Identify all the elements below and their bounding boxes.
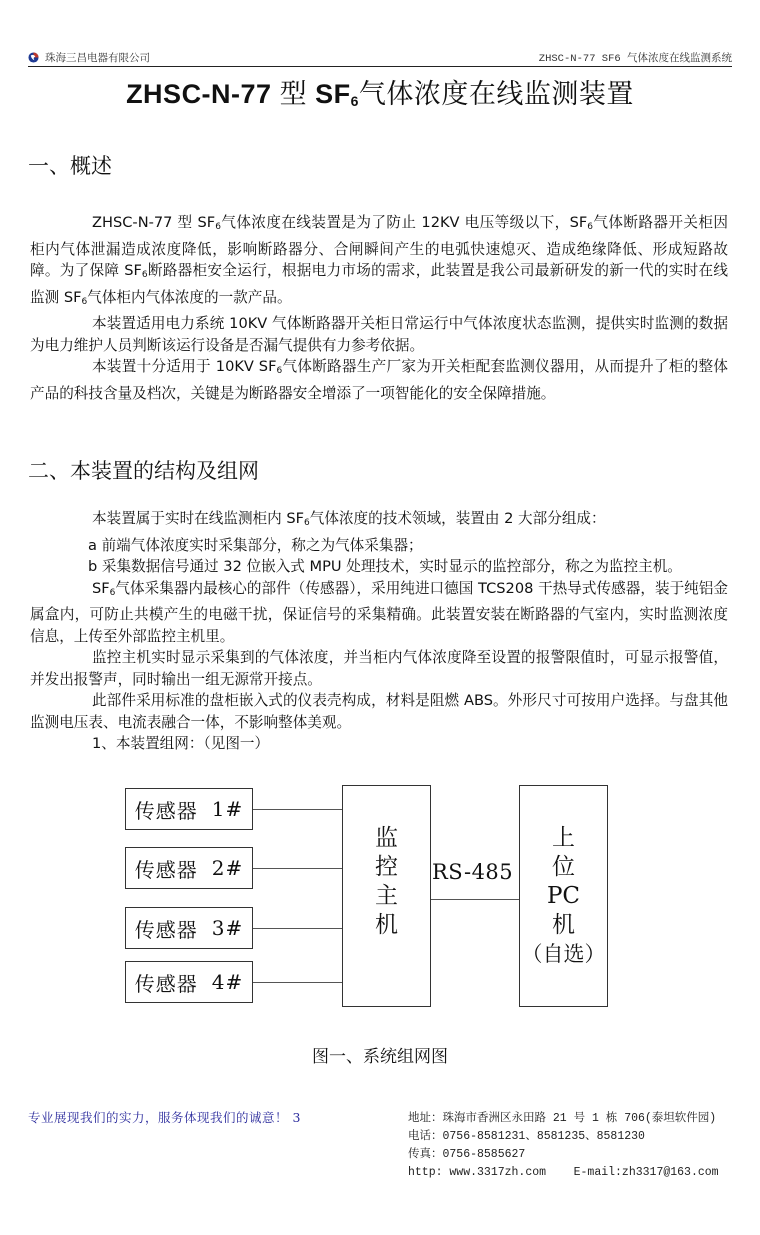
sensor-2-link <box>253 868 342 869</box>
section1-heading: 一、概述 <box>28 150 112 180</box>
contact-web-email: http: www.3317zh.com E-mail:zh3317@163.c… <box>408 1164 719 1182</box>
title-model: ZHSC-N-77 <box>126 79 272 109</box>
title-type: 型 <box>280 79 308 110</box>
contact-address: 地址：珠海市香洲区永田路 21 号 1 栋 706(泰坦软件园) <box>408 1110 719 1128</box>
title-rest: 气体浓度在线监测装置 <box>359 79 634 110</box>
overview-paragraph-3: 本装置十分适用于 10KV SF6气体断路器生产厂家为开关柜配套监测仪器用，从而… <box>30 356 728 404</box>
sensor-3-link <box>253 928 342 929</box>
company-header: 珠海三昌电器有限公司 <box>28 50 150 65</box>
case-paragraph: 此部件采用标准的盘柜嵌入式的仪表壳构成，材料是阻燃 ABS。外形尺寸可按用户选择… <box>30 690 728 733</box>
title-sub6: 6 <box>351 93 359 109</box>
section1-body: ZHSC-N-77 型 SF6气体浓度在线装置是为了防止 12KV 电压等级以下… <box>58 212 728 404</box>
company-logo-icon <box>28 52 39 63</box>
overview-paragraph-1: ZHSC-N-77 型 SF6气体浓度在线装置是为了防止 12KV 电压等级以下… <box>30 212 728 313</box>
sensor-box-4: 传感器4# <box>125 961 253 1003</box>
structure-item-a: a 前端气体浓度实时采集部分，称之为气体采集器； <box>30 535 728 557</box>
contact-phone: 电话：0756-8581231、8581235、8581230 <box>408 1128 719 1146</box>
rs485-label: RS-485 <box>432 860 513 884</box>
sensor-4-link <box>253 982 342 983</box>
footer-slogan: 专业展现我们的实力，服务体现我们的诚意！ 3 <box>28 1108 301 1126</box>
section2-body: 本装置属于实时在线监测柜内 SF6气体浓度的技术领域，装置由 2 大部分组成： … <box>58 508 728 755</box>
rs485-link <box>431 899 519 900</box>
network-label: 1、本装置组网：（见图一） <box>30 733 728 755</box>
sensor-paragraph: SF6气体采集器内最核心的部件（传感器），采用纯进口德国 TCS208 干热导式… <box>30 578 728 648</box>
sensor-1-link <box>253 809 342 810</box>
title-sf: SF <box>315 79 351 109</box>
company-name: 珠海三昌电器有限公司 <box>45 50 150 65</box>
document-header-title: ZHSC-N-77 SF6 气体浓度在线监测系统 <box>539 50 732 65</box>
sensor-box-3: 传感器3# <box>125 907 253 949</box>
sensor-box-1: 传感器1# <box>125 788 253 830</box>
contact-fax: 传真：0756-8585627 <box>408 1146 719 1164</box>
upper-pc-box: 上 位 PC 机 （自选） <box>519 785 608 1007</box>
system-network-diagram: 传感器1# 传感器2# 传感器3# 传感器4# 监 控 主 机 RS-485 上… <box>110 775 690 1015</box>
structure-intro: 本装置属于实时在线监测柜内 SF6气体浓度的技术领域，装置由 2 大部分组成： <box>30 508 728 535</box>
sensor-box-2: 传感器2# <box>125 847 253 889</box>
host-paragraph: 监控主机实时显示采集到的气体浓度，并当柜内气体浓度降至设置的报警限值时，可显示报… <box>30 647 728 690</box>
overview-paragraph-2: 本装置适用电力系统 10KV 气体断路器开关柜日常运行中气体浓度状态监测，提供实… <box>30 313 728 356</box>
structure-item-b: b 采集数据信号通过 32 位嵌入式 MPU 处理技术，实时显示的监控部分，称之… <box>30 556 728 578</box>
figure-caption: 图一、系统组网图 <box>0 1042 760 1067</box>
footer-contact: 地址：珠海市香洲区永田路 21 号 1 栋 706(泰坦软件园) 电话：0756… <box>408 1110 719 1182</box>
monitor-host-box: 监 控 主 机 <box>342 785 431 1007</box>
section2-heading: 二、本装置的结构及组网 <box>28 455 259 485</box>
page-title: ZHSC-N-77 型 SF6气体浓度在线监测装置 <box>0 72 760 111</box>
page-header: 珠海三昌电器有限公司 ZHSC-N-77 SF6 气体浓度在线监测系统 <box>28 48 732 67</box>
